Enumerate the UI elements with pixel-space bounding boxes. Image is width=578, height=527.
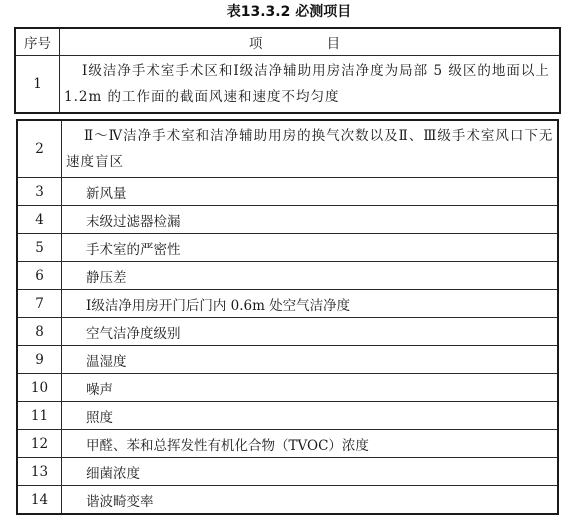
table-title: 表13.3.2 必测项目	[0, 2, 578, 22]
row-item: 末级过滤器检漏	[62, 206, 559, 234]
row-number: 6	[17, 262, 62, 290]
row-number: 14	[17, 486, 62, 515]
row-number: 8	[17, 318, 62, 346]
table-row: 2 Ⅱ～Ⅳ洁净手术室和洁净辅助用房的换气次数以及Ⅱ、Ⅲ级手术室风口下无速度盲区	[17, 120, 558, 178]
row-item: 照度	[62, 402, 559, 430]
required-items-table-part-2: 2 Ⅱ～Ⅳ洁净手术室和洁净辅助用房的换气次数以及Ⅱ、Ⅲ级手术室风口下无速度盲区 …	[16, 119, 559, 515]
table-row: 13 细菌浓度	[17, 458, 558, 486]
table-header-row: 序号 项 目	[15, 28, 560, 56]
table-row: 7 Ⅰ级洁净用房开门后门内 0.6m 处空气洁净度	[17, 290, 558, 318]
row-item: 细菌浓度	[62, 458, 559, 486]
table-row: 9 温湿度	[17, 346, 558, 374]
table-row: 5 手术室的严密性	[17, 234, 558, 262]
row-number: 7	[17, 290, 62, 318]
row-number: 3	[17, 178, 62, 206]
row-number: 9	[17, 346, 62, 374]
row-number: 10	[17, 374, 62, 402]
header-item-label: 项 目	[249, 36, 370, 52]
table-row: 6 静压差	[17, 262, 558, 290]
row-number: 11	[17, 402, 62, 430]
row-number: 2	[17, 120, 62, 178]
row-number: 13	[17, 458, 62, 486]
table-row: 8 空气洁净度级别	[17, 318, 558, 346]
row-number: 4	[17, 206, 62, 234]
row-item: 空气洁净度级别	[62, 318, 559, 346]
header-number: 序号	[15, 28, 60, 56]
table-row: 12 甲醛、苯和总挥发性有机化合物（TVOC）浓度	[17, 430, 558, 458]
row-item: 静压差	[62, 262, 559, 290]
row-item: 新风量	[62, 178, 559, 206]
row-number: 1	[15, 56, 60, 114]
required-items-table-part-1: 序号 项 目 1 Ⅰ级洁净手术室手术区和Ⅰ级洁净辅助用房洁净度为局部 5 级区的…	[14, 27, 561, 114]
row-item: 甲醛、苯和总挥发性有机化合物（TVOC）浓度	[62, 430, 559, 458]
table-row: 4 末级过滤器检漏	[17, 206, 558, 234]
table-row: 3 新风量	[17, 178, 558, 206]
row-item: Ⅰ级洁净用房开门后门内 0.6m 处空气洁净度	[62, 290, 559, 318]
row-item: 谐波畸变率	[62, 486, 559, 515]
table-row: 14 谐波畸变率	[17, 486, 558, 515]
row-item: Ⅱ～Ⅳ洁净手术室和洁净辅助用房的换气次数以及Ⅱ、Ⅲ级手术室风口下无速度盲区	[62, 120, 559, 178]
table-row: 11 照度	[17, 402, 558, 430]
row-item: Ⅰ级洁净手术室手术区和Ⅰ级洁净辅助用房洁净度为局部 5 级区的地面以上 1.2m…	[60, 56, 561, 114]
table-row: 10 噪声	[17, 374, 558, 402]
row-item: 温湿度	[62, 346, 559, 374]
row-number: 5	[17, 234, 62, 262]
row-item: 手术室的严密性	[62, 234, 559, 262]
row-item: 噪声	[62, 374, 559, 402]
table-row: 1 Ⅰ级洁净手术室手术区和Ⅰ级洁净辅助用房洁净度为局部 5 级区的地面以上 1.…	[15, 56, 560, 114]
header-item: 项 目	[60, 28, 561, 56]
row-number: 12	[17, 430, 62, 458]
